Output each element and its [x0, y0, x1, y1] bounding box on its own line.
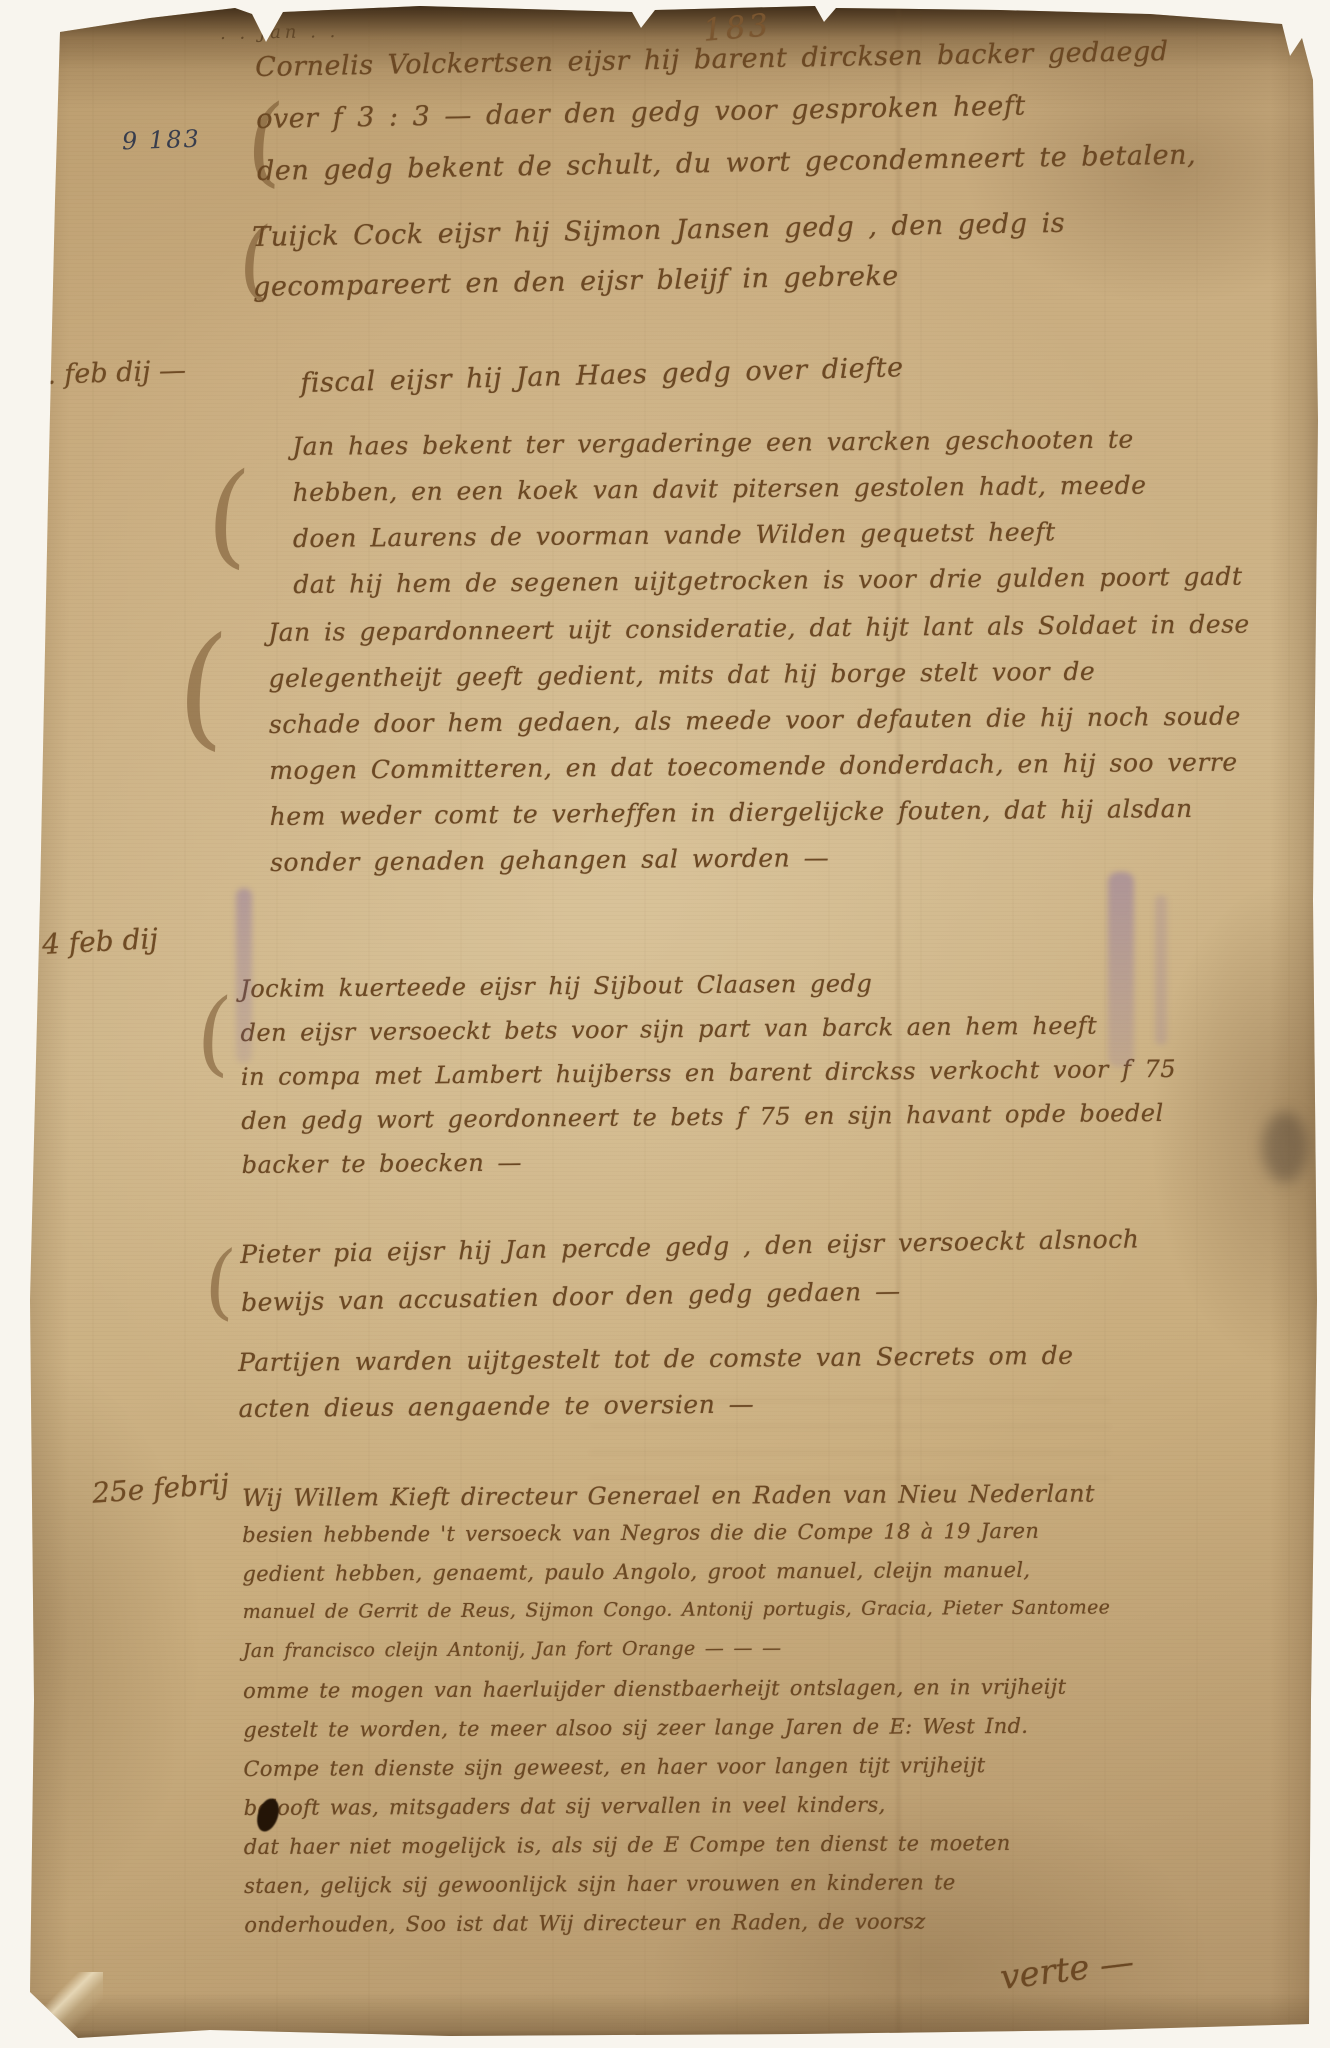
- manuscript-line: doen Laurens de voorman vande Wilden geq…: [293, 516, 1243, 570]
- manuscript-line: omme te mogen van haerluijder dienstbaer…: [243, 1674, 1111, 1718]
- entry-kieft-manumission: Wij Willem Kieft directeur Generael en R…: [242, 1479, 1112, 1952]
- purple-stain: [236, 888, 252, 1063]
- pen-flourish: (: [198, 1234, 242, 1330]
- manuscript-line: fiscal eijsr hij Jan Haes gedg over dief…: [300, 352, 904, 416]
- manuscript-line: sonder genaden gehangen sal worden —: [270, 839, 1252, 894]
- pen-flourish: (: [189, 980, 238, 1089]
- manuscript-line: besien hebbende 't versoeck van Negros d…: [242, 1518, 1110, 1562]
- manuscript-line: Wij Willem Kieft directeur Generael en R…: [242, 1479, 1110, 1523]
- foliation-number: 9 183: [122, 125, 202, 156]
- margin-date-3-feb: 3e. feb dij —: [14, 355, 187, 392]
- purple-stain: [1108, 872, 1134, 1067]
- manuscript-line: Jan haes bekent ter vergaderinge een var…: [292, 424, 1242, 478]
- entry-jan-gepardonneert: Jan is gepardonneert uijt consideratie, …: [268, 609, 1252, 894]
- manuscript-line: Compe ten dienste sijn geweest, en haer …: [243, 1752, 1111, 1796]
- manuscript-line: gestelt te worden, te meer alsoo sij zee…: [243, 1713, 1111, 1757]
- manuscript-line: dat haer niet mogelijck is, als sij de E…: [244, 1830, 1112, 1874]
- edge-remnant-text: . . Jan . .: [220, 21, 340, 44]
- entry-tuijck-cock: Tuijck Cock eijsr hij Sijmon Jansen gedg…: [252, 208, 1067, 322]
- entry-cornelis-volckertsen: Cornelis Volckertsen eijsr hij barent di…: [255, 36, 1197, 208]
- purple-stain: [1155, 895, 1167, 1045]
- manuscript-line: dat hij hem de segenen uijtgetrocken is …: [293, 562, 1243, 616]
- entry-jan-haes-bekent: Jan haes bekent ter vergaderinge een var…: [292, 424, 1243, 616]
- manuscript-line: manuel de Gerrit de Reus, Sijmon Congo. …: [243, 1596, 1111, 1640]
- margin-date-25-feb: 25e febrij: [91, 1467, 230, 1509]
- entry-pieter-pia: Pieter pia eijsr hij Jan percde gedg , d…: [240, 1224, 1141, 1336]
- manuscript-line: Jan francisco cleijn Antonij, Jan fort O…: [243, 1635, 1111, 1679]
- folded-corner: [18, 1972, 103, 2044]
- manuscript-line: belooft was, mitsgaders dat sij vervalle…: [244, 1791, 1112, 1835]
- manuscript-line: hebben, en een koek van davit pitersen g…: [292, 470, 1242, 524]
- verte-catchword: verte —: [998, 1942, 1136, 1998]
- dark-smudge: [1262, 1112, 1308, 1182]
- entry-jockim-kuerteede: Jockim kuerteede eijsr hij Sijbout Claas…: [240, 967, 1177, 1195]
- manuscript-line: backer te boecken —: [242, 1143, 1178, 1195]
- pen-flourish: (: [166, 609, 237, 767]
- manuscript-scan: . . Jan . . 183 9 183 Cornelis Volckerts…: [0, 0, 1330, 2048]
- pen-flourish: (: [197, 450, 257, 583]
- manuscript-line: gedient hebben, genaemt, paulo Angolo, g…: [242, 1557, 1110, 1601]
- manuscript-page: . . Jan . . 183 9 183 Cornelis Volckerts…: [0, 0, 1330, 2048]
- manuscript-line: staen, gelijck sij gewoonlijck sijn haer…: [244, 1869, 1112, 1913]
- manuscript-line: onderhouden, Soo ist dat Wij directeur e…: [244, 1908, 1112, 1952]
- entry-fiscal-jan-haes: fiscal eijsr hij Jan Haes gedg over dief…: [300, 352, 904, 416]
- margin-date-4-feb: 4 feb dij: [41, 922, 159, 961]
- ink-bleedthrough: [590, 1385, 1110, 1480]
